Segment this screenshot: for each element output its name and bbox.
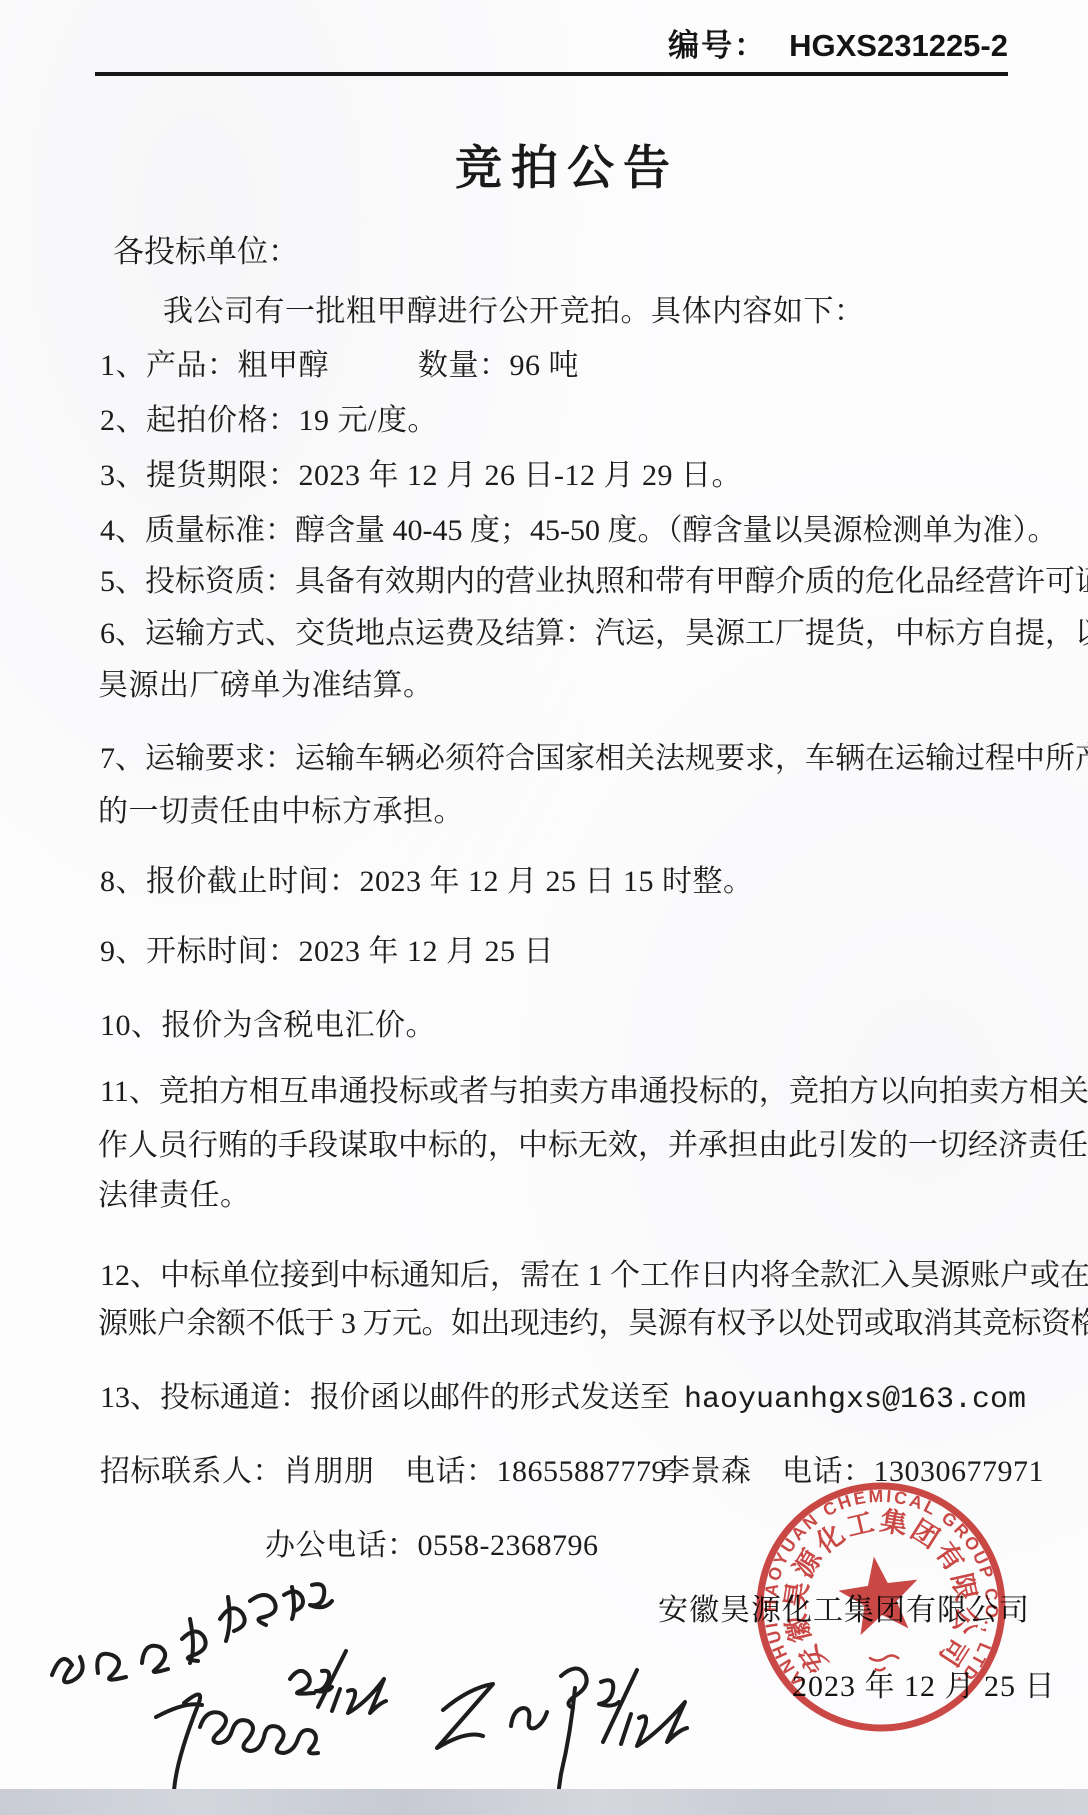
doc-number: 编号：HGXS231225-2: [668, 20, 1008, 65]
item-1-product: 1、产品：粗甲醇: [100, 340, 329, 384]
company-seal-stamp: ANHUI HAOYUAN CHEMICAL GROUP CO., LTD. 安…: [750, 1476, 1012, 1738]
intro-paragraph: 我公司有一批粗甲醇进行公开竞拍。具体内容如下：: [163, 286, 865, 330]
handwritten-signature: [415, 1618, 700, 1813]
scan-edge-artifact: [0, 1789, 1088, 1815]
item-3-pickup-period: 3、提货期限：2023 年 12 月 26 日-12 月 29 日。: [100, 450, 742, 494]
seal-star-icon: [834, 1551, 924, 1637]
handwritten-note: [28, 1555, 388, 1810]
item-10-price-terms: 10、报价为含税电汇价。: [100, 1000, 436, 1044]
item-7-transport-req-line1: 7、运输要求：运输车辆必须符合国家相关法规要求，车辆在运输过程中所产生: [100, 733, 1088, 777]
item-6-transport-line1: 6、运输方式、交货地点运费及结算：汽运，昊源工厂提货，中标方自提，以: [100, 608, 1088, 652]
item-6-transport-line2: 昊源出厂磅单为准结算。: [98, 660, 434, 704]
item-8-quote-deadline: 8、报价截止时间：2023 年 12 月 25 日 15 时整。: [100, 856, 754, 900]
doc-number-value: HGXS231225-2: [789, 28, 1008, 63]
salutation: 各投标单位：: [113, 226, 299, 271]
item-2-start-price: 2、起拍价格：19 元/度。: [100, 395, 438, 439]
doc-number-label: 编号：: [668, 28, 767, 63]
bid-email: haoyuanhgxs@163.com: [684, 1383, 1026, 1417]
item-12-payment-line1: 12、中标单位接到中标通知后，需在 1 个工作日内将全款汇入昊源账户或在昊: [100, 1250, 1088, 1294]
item-5-bid-qualification: 5、投标资质：具备有效期内的营业执照和带有甲醇介质的危化品经营许可证。: [100, 556, 1088, 600]
item-11-collusion-line2: 作人员行贿的手段谋取中标的，中标无效，并承担由此引发的一切经济责任和: [98, 1120, 1088, 1164]
item-7-transport-req-line2: 的一切责任由中标方承担。: [98, 786, 464, 830]
item-11-collusion-line1: 11、竞拍方相互串通投标或者与拍卖方串通投标的，竞拍方以向拍卖方相关工: [100, 1066, 1088, 1110]
seal-code-mark: [870, 1654, 900, 1671]
item-4-quality-standard: 4、质量标准：醇含量 40-45 度；45-50 度。（醇含量以昊源检测单为准）…: [100, 505, 1057, 549]
contact-primary: 招标联系人：肖朋朋 电话：18655887779: [100, 1446, 667, 1490]
scanned-document-page: 编号：HGXS231225-2 竞拍公告 各投标单位： 我公司有一批粗甲醇进行公…: [0, 0, 1088, 1815]
page-title: 竞拍公告: [455, 131, 679, 198]
item-13-bid-channel: 13、投标通道：报价函以邮件的形式发送至haoyuanhgxs@163.com: [100, 1372, 1026, 1417]
item-13-prefix: 13、投标通道：报价函以邮件的形式发送至: [100, 1381, 670, 1414]
item-11-collusion-line3: 法律责任。: [98, 1170, 251, 1214]
item-9-bid-opening-time: 9、开标时间：2023 年 12 月 25 日: [100, 926, 554, 970]
item-1-quantity: 数量：96 吨: [418, 340, 579, 384]
item-12-payment-line2: 源账户余额不低于 3 万元。如出现违约，昊源有权予以处罚或取消其竞标资格。: [98, 1298, 1088, 1342]
header-divider: [95, 72, 1008, 76]
